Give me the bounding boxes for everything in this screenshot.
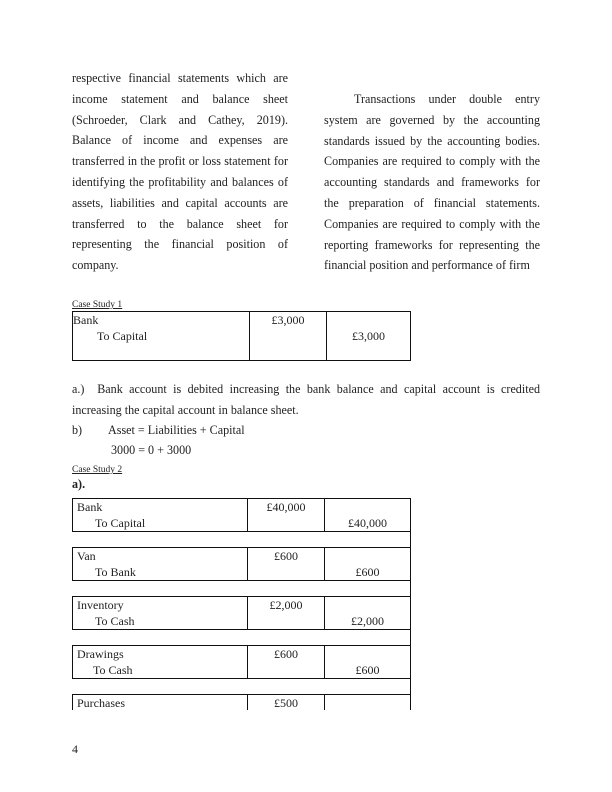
credit-cell: £2,000 bbox=[325, 597, 411, 630]
part-a-label: a). bbox=[72, 477, 85, 492]
right-column-paragraph: Transactions under double entry system a… bbox=[324, 89, 540, 276]
left-column-text: respective financial statements which ar… bbox=[72, 68, 288, 276]
debit-cell: £600 bbox=[248, 548, 325, 581]
right-column-text: Transactions under double entry system a… bbox=[324, 89, 540, 276]
table-row: InventoryTo Cash £2,000 £2,000 bbox=[73, 597, 411, 630]
accounting-equation: Asset = Liabilities + Capital bbox=[108, 423, 245, 438]
account-cell: DrawingsTo Cash bbox=[73, 646, 248, 679]
table-row: DrawingsTo Cash £600 £600 bbox=[73, 646, 411, 679]
spacer bbox=[72, 630, 411, 645]
accounting-equation-values: 3000 = 0 + 3000 bbox=[111, 443, 191, 458]
debit-account: Drawings bbox=[77, 646, 247, 662]
debit-cell: £500 bbox=[248, 695, 325, 711]
case-study-1-journal-table: Bank To Capital £3,000 £3,000 bbox=[72, 311, 411, 361]
debit-account: Bank bbox=[73, 312, 249, 328]
credit-account: To Cash bbox=[77, 662, 247, 678]
credit-cell bbox=[325, 695, 411, 711]
left-column-paragraph: respective financial statements which ar… bbox=[72, 68, 288, 276]
debit-cell: £600 bbox=[248, 646, 325, 679]
debit-cell: £2,000 bbox=[248, 597, 325, 630]
credit-cell: £40,000 bbox=[325, 499, 411, 532]
table-row: VanTo Bank £600 £600 bbox=[73, 548, 411, 581]
table-row: BankTo Capital £40,000 £40,000 bbox=[73, 499, 411, 532]
credit-account: To Bank bbox=[77, 564, 247, 580]
journal-entry-3: InventoryTo Cash £2,000 £2,000 bbox=[72, 596, 411, 630]
table-row: Purchases £500 bbox=[73, 695, 411, 711]
case-study-2-heading: Case Study 2 bbox=[72, 465, 122, 475]
account-cell: InventoryTo Cash bbox=[73, 597, 248, 630]
page-number: 4 bbox=[72, 742, 78, 757]
spacer bbox=[72, 581, 411, 596]
journal-entry-2: VanTo Bank £600 £600 bbox=[72, 547, 411, 581]
debit-account: Van bbox=[77, 548, 247, 564]
credit-account: To Capital bbox=[73, 328, 249, 344]
table-row: Bank To Capital £3,000 £3,000 bbox=[73, 312, 411, 361]
case-study-2-journal: BankTo Capital £40,000 £40,000 VanTo Ban… bbox=[72, 498, 411, 710]
debit-cell: £40,000 bbox=[248, 499, 325, 532]
case-study-1-answer-a: a.) Bank account is debited increasing t… bbox=[72, 379, 540, 421]
credit-cell: £3,000 bbox=[327, 312, 411, 361]
spacer bbox=[72, 532, 411, 547]
journal-entry-5: Purchases £500 bbox=[72, 694, 411, 710]
debit-account: Purchases bbox=[77, 695, 247, 710]
journal-entry-4: DrawingsTo Cash £600 £600 bbox=[72, 645, 411, 679]
answer-a-text: Bank account is debited increasing the b… bbox=[72, 382, 540, 417]
account-cell: VanTo Bank bbox=[73, 548, 248, 581]
credit-cell: £600 bbox=[325, 646, 411, 679]
debit-account: Inventory bbox=[77, 597, 247, 613]
account-cell: Purchases bbox=[73, 695, 248, 711]
answer-a-label: a.) bbox=[72, 382, 84, 396]
credit-account: To Capital bbox=[77, 515, 247, 531]
account-cell: Bank To Capital bbox=[73, 312, 250, 361]
account-cell: BankTo Capital bbox=[73, 499, 248, 532]
credit-account: To Cash bbox=[77, 613, 247, 629]
journal-entry-5-clip: Purchases £500 bbox=[72, 694, 411, 710]
answer-b-label: b) bbox=[72, 423, 82, 438]
credit-cell: £600 bbox=[325, 548, 411, 581]
journal-entry-1: BankTo Capital £40,000 £40,000 bbox=[72, 498, 411, 532]
case-study-1-heading: Case Study 1 bbox=[72, 300, 122, 310]
debit-account: Bank bbox=[77, 499, 247, 515]
debit-cell: £3,000 bbox=[250, 312, 327, 361]
spacer bbox=[72, 679, 411, 694]
